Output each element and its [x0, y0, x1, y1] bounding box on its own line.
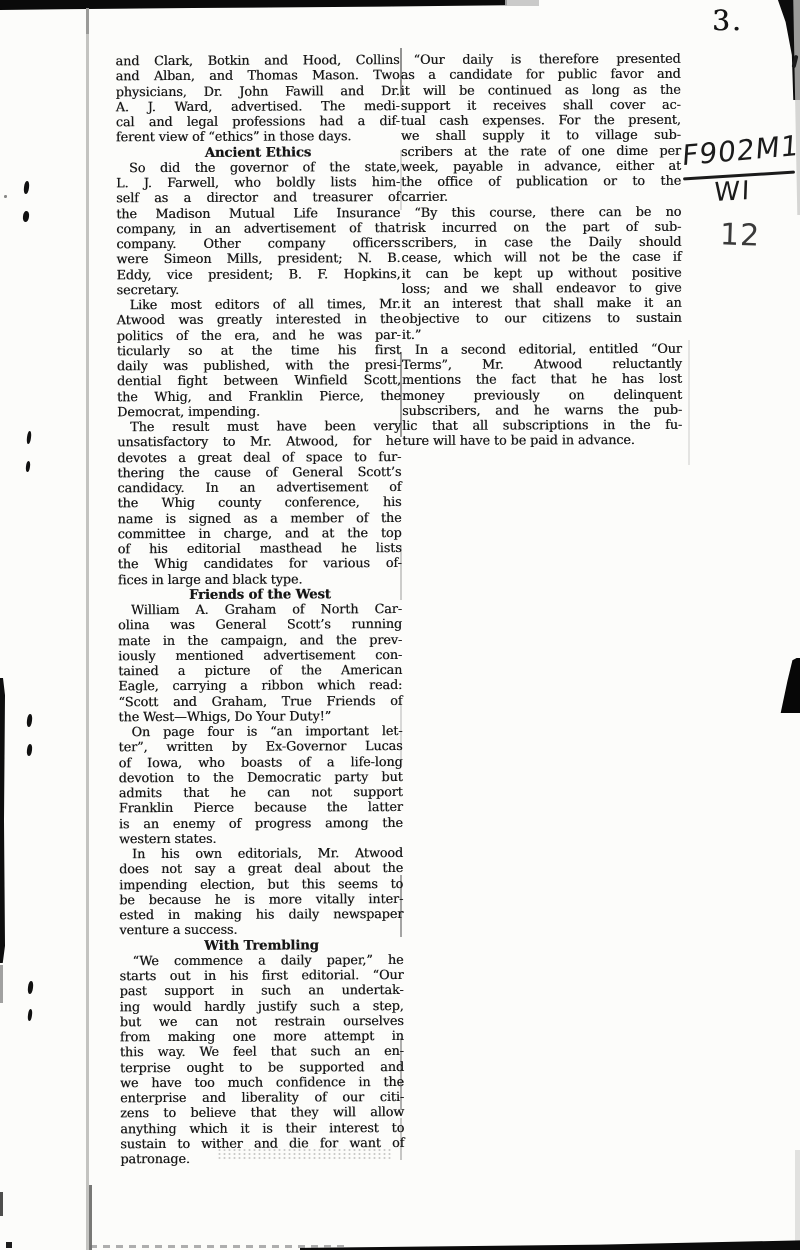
text-line: it.” — [402, 326, 682, 342]
text-line: patronage. — [120, 1151, 404, 1167]
text-line: starts out in his first editorial. “Our — [119, 968, 403, 984]
text-line: daily was published, with the presi- — [117, 358, 401, 374]
text-line: we shall supply it to village sub- — [401, 128, 681, 144]
text-line: physicians, Dr. John Fawill and Dr. — [116, 83, 400, 99]
text-line: fices in large and black type. — [118, 571, 402, 587]
text-line: the Whig county conference, his — [117, 495, 401, 511]
text-line: objective to our citizens to sustain — [402, 311, 682, 327]
text-line: lic that all subscriptions in the fu- — [402, 418, 682, 434]
text-line: enterprise and liberality of our citi- — [120, 1090, 404, 1106]
section-heading: Ancient Ethics — [116, 144, 400, 160]
article-column-left: and Clark, Botkin and Hood, Collinsand A… — [116, 53, 405, 1167]
text-line: devotion to the Democratic party but — [119, 770, 403, 786]
text-line: “Our daily is therefore presented — [401, 52, 681, 68]
text-line: self as a director and treasurer of — [116, 190, 400, 206]
text-line: Atwood was greatly interested in the — [117, 312, 401, 328]
text-line: and Alban, and Thomas Mason. Two — [116, 68, 400, 84]
text-line: zens to believe that they will allow — [120, 1105, 404, 1121]
text-line: A. J. Ward, advertised. The medi- — [116, 99, 400, 115]
text-line: ture will have to be paid in advance. — [402, 433, 682, 449]
text-line: cal and legal professions had a dif- — [116, 114, 400, 130]
text-line: company. Other company officers — [116, 236, 400, 252]
text-line: “Scott and Graham, True Friends of — [118, 693, 402, 709]
text-line: candidacy. In an advertisement of — [117, 480, 401, 496]
text-line: the office of publication or to the — [401, 174, 681, 190]
text-line: of Iowa, who boasts of a life-long — [119, 754, 403, 770]
text-line: we have too much confidence in the — [120, 1075, 404, 1091]
text-line: ing would hardly justify such a step, — [120, 998, 404, 1014]
text-line: the Whig candidates for various of- — [118, 556, 402, 572]
text-line: cease, which will not be the case if — [401, 250, 681, 266]
text-line: Franklin Pierce because the latter — [119, 800, 403, 816]
text-line: does not say a great deal about the — [119, 861, 403, 877]
text-line: but we can not restrain ourselves — [120, 1014, 404, 1030]
text-line: thering the cause of General Scott’s — [117, 465, 401, 481]
text-line: mentions the fact that he has lost — [402, 372, 682, 388]
text-line: In his own editorials, Mr. Atwood — [119, 846, 403, 862]
text-line: olina was General Scott’s running — [118, 617, 402, 633]
text-line: ested in making his daily newspaper — [119, 907, 403, 923]
text-line: and Clark, Botkin and Hood, Collins — [116, 53, 400, 69]
text-line: is an enemy of progress among the — [119, 815, 403, 831]
text-line: be because he is more vitally inter- — [119, 892, 403, 908]
text-line: secretary. — [117, 282, 401, 298]
text-line: past support in such an undertak- — [120, 983, 404, 999]
text-line: of his editorial masthead he lists — [118, 541, 402, 557]
text-line: William A. Graham of North Car- — [118, 602, 402, 618]
text-line: support it receives shall cover ac- — [401, 98, 681, 114]
text-line: Democrat, impending. — [117, 404, 401, 420]
text-line: tained a picture of the American — [118, 663, 402, 679]
text-line: sustain to wither and die for want of — [120, 1136, 404, 1152]
text-line: the Madison Mutual Life Insurance — [116, 205, 400, 221]
text-line: The result must have been very — [117, 419, 401, 435]
section-heading: With Trembling — [119, 937, 403, 953]
article-body: and Clark, Botkin and Hood, Collinsand A… — [0, 0, 800, 1250]
text-line: L. J. Farwell, who boldly lists him- — [116, 175, 400, 191]
text-line: risk incurred on the part of sub- — [401, 220, 681, 236]
text-line: the Whig, and Franklin Pierce, the — [117, 388, 401, 404]
text-line: Eddy, vice president; B. F. Hopkins, — [116, 266, 400, 282]
section-heading: Friends of the West — [118, 587, 402, 603]
text-line: Like most editors of all times, Mr. — [117, 297, 401, 313]
text-line: impending election, but this seems to — [119, 876, 403, 892]
scanned-newspaper-page: 3. F902M1 WI 12 and Clark, Botkin and Ho… — [0, 0, 800, 1250]
text-line: devotes a great deal of space to fur- — [117, 449, 401, 465]
text-line: carrier. — [401, 189, 681, 205]
text-line: “By this course, there can be no — [401, 204, 681, 220]
text-line: “We commence a daily paper,” he — [119, 953, 403, 969]
text-line: tual cash expenses. For the present, — [401, 113, 681, 129]
text-line: western states. — [119, 831, 403, 847]
text-line: subscribers, and he warns the pub- — [402, 403, 682, 419]
text-line: On page four is “an important let- — [118, 724, 402, 740]
text-line: mate in the campaign, and the prev- — [118, 632, 402, 648]
article-column-right: “Our daily is therefore presentedas a ca… — [401, 52, 683, 450]
text-line: In a second editorial, entitled “Our — [402, 342, 682, 358]
text-line: it can be kept up without positive — [401, 265, 681, 281]
text-line: as a candidate for public favor and — [401, 67, 681, 83]
text-line: ticularly so at the time his first — [117, 343, 401, 359]
text-line: venture a success. — [119, 922, 403, 938]
text-line: ferent view of “ethics” in those days. — [116, 129, 400, 145]
text-line: the West—Whigs, Do Your Duty!” — [118, 709, 402, 725]
text-line: Terms”, Mr. Atwood reluctantly — [402, 357, 682, 373]
text-line: loss; and we shall endeavor to give — [402, 281, 682, 297]
text-line: it an interest that shall make it an — [402, 296, 682, 312]
text-line: committee in charge, and at the top — [118, 526, 402, 542]
text-line: company, in an advertisement of that — [116, 221, 400, 237]
text-line: dential fight between Winfield Scott, — [117, 373, 401, 389]
text-line: week, payable in advance, either at — [401, 159, 681, 175]
text-line: money previously on delinquent — [402, 387, 682, 403]
text-line: scribers at the rate of one dime per — [401, 143, 681, 159]
text-line: admits that he can not support — [119, 785, 403, 801]
text-line: were Simeon Mills, president; N. B. — [116, 251, 400, 267]
text-line: politics of the era, and he was par- — [117, 327, 401, 343]
text-line: So did the governor of the state, — [116, 160, 400, 176]
text-line: unsatisfactory to Mr. Atwood, for he — [117, 434, 401, 450]
text-line: from making one more attempt in — [120, 1029, 404, 1045]
text-line: Eagle, carrying a ribbon which read: — [118, 678, 402, 694]
text-line: scribers, in case the Daily should — [401, 235, 681, 251]
text-line: iously mentioned advertisement con- — [118, 648, 402, 664]
text-line: anything which it is their interest to — [120, 1120, 404, 1136]
text-line: terprise ought to be supported and — [120, 1059, 404, 1075]
text-line: name is signed as a member of the — [118, 510, 402, 526]
text-line: it will be continued as long as the — [401, 82, 681, 98]
text-line: ter”, written by Ex-Governor Lucas — [119, 739, 403, 755]
text-line: this way. We feel that such an en- — [120, 1044, 404, 1060]
